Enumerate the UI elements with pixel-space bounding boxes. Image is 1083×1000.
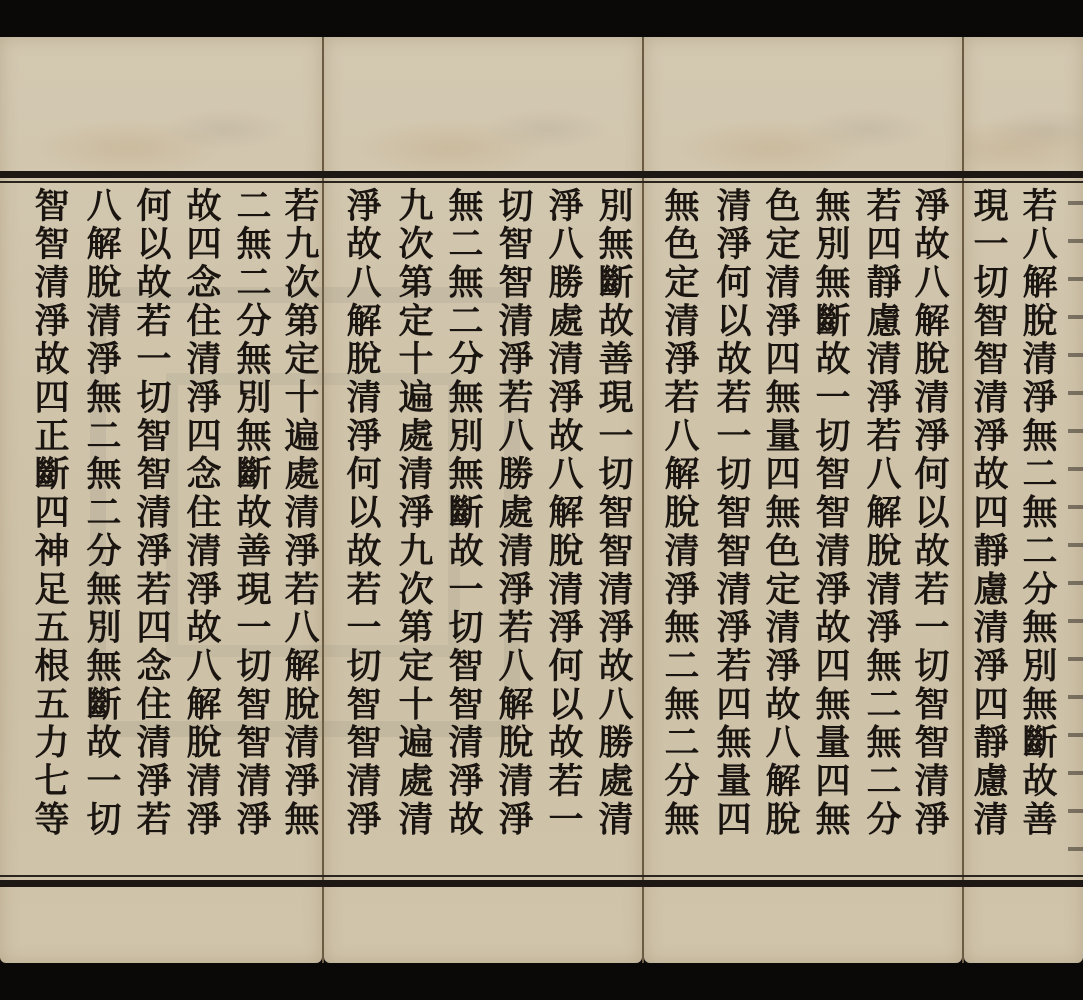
text-column: 無二無二分無別無斷故一切智智清淨故 [440, 187, 486, 877]
text-column: 若八解脫清淨無二無二分無別無斷故善 [1014, 187, 1060, 877]
text-column: 別無斷故善現一切智智清淨故八勝處清 [590, 187, 636, 877]
text-column: 淨故八解脫清淨何以故若一切智智清淨 [906, 187, 952, 877]
text-column: 色定清淨四無量四無色定清淨故八解脫 [757, 187, 803, 877]
text-column: 八解脫清淨無二無二分無別無斷故一切 [78, 187, 124, 877]
text-column: 切智智清淨若八勝處清淨若八解脫清淨 [490, 187, 536, 877]
top-inner-rule [0, 181, 1083, 183]
text-column: 若四靜慮清淨若八解脫清淨無二無二分 [858, 187, 904, 877]
text-column: 清淨何以故若一切智智清淨若四無量四 [708, 187, 754, 877]
text-column: 故四念住清淨四念住清淨故八解脫清淨 [178, 187, 224, 877]
text-column: 若九次第定十遍處清淨若八解脫清淨無 [276, 187, 322, 877]
text-column: 無色定清淨若八解脫清淨無二無二分無 [656, 187, 702, 877]
text-column: 淨八勝處清淨故八解脫清淨何以故若一 [540, 187, 586, 877]
bottom-border-rule [0, 880, 1083, 887]
text-column: 二無二分無別無斷故善現一切智智清淨 [228, 187, 274, 877]
text-column: 何以故若一切智智清淨若四念住清淨若 [128, 187, 174, 877]
text-column: 無別無斷故一切智智清淨故四無量四無 [807, 187, 853, 877]
text-column: 九次第定十遍處清淨九次第定十遍處清 [390, 187, 436, 877]
top-border-rule [0, 171, 1083, 178]
cut-off-text-column [1068, 187, 1083, 877]
text-column: 淨故八解脫清淨何以故若一切智智清淨 [338, 187, 384, 877]
text-column: 現一切智智清淨故四靜慮清淨四靜慮清 [965, 187, 1011, 877]
text-column: 智智清淨故四正斷四神足五根五力七等 [26, 187, 72, 877]
